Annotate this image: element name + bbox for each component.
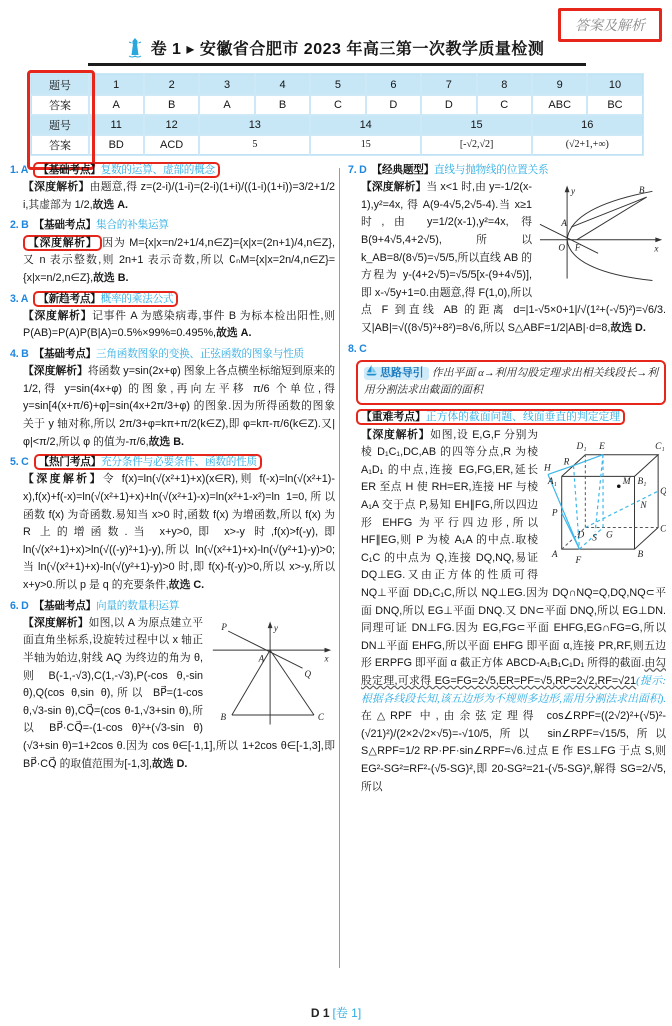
table-row: 题号 11 12 13 14 15 16 (31, 115, 643, 135)
corner-label-text: 答案及解析 (575, 19, 645, 34)
point-label: M (622, 477, 632, 487)
answer-cell: B (144, 95, 199, 115)
solution-number: 2. B (10, 219, 29, 231)
selected-answer: 故选 B. (149, 436, 184, 448)
answer-cell: (√2+1,+∞) (532, 135, 643, 156)
page-title: 卷 1 ▸ 安徽省合肥市 2023 年高三第一次教学质量检测 (0, 36, 672, 63)
point-label: B (637, 550, 643, 560)
point-label: R (563, 457, 570, 467)
axis-label: x (324, 653, 329, 663)
keypoint-tag: 【经典题型】 (372, 164, 434, 176)
point-label: Q (660, 487, 666, 497)
selected-answer: 故选 A. (93, 199, 128, 211)
point-label: O (558, 243, 565, 253)
figure-q7-parabola: y x B A O F (538, 181, 666, 292)
answer-cell: A (89, 95, 144, 115)
answer-cell: 5 (199, 135, 310, 156)
point-label: A (258, 653, 265, 663)
solution-1: 1. A【基础考点】复数的运算、虚部的概念 【深度解析】由题意,得 z=(2-i… (10, 162, 335, 214)
point-label: P (220, 622, 227, 632)
answer-cell: [-√2,√2] (421, 135, 532, 156)
point-label: E (598, 441, 605, 451)
answer-cell: A (199, 95, 254, 115)
qnum-cell: 4 (255, 74, 310, 95)
qnum-cell: 12 (144, 115, 199, 135)
analysis-label: 【深度解析】 (23, 181, 90, 193)
title-underline (88, 63, 586, 66)
solution-number: 3. A (10, 293, 28, 305)
answer-cell: D (421, 95, 476, 115)
solution-3: 3. A【新趋考点】概率的乘法公式 【深度解析】记事件 A 为感染病毒,事件 B… (10, 291, 335, 343)
qnum-cell: 6 (366, 74, 421, 95)
point-label: H (544, 463, 552, 473)
analysis-text: 令 f(x)=ln(√(x²+1)+x)(x∈R),则 f(-x)=ln(√(x… (23, 473, 335, 591)
solution-7: 7. D【经典题型】直线与抛物线的位置关系 y x B A O (348, 162, 666, 338)
qnum-cell: 16 (532, 115, 643, 135)
analysis-label: 【深度解析】 (23, 365, 88, 377)
point-label: B (220, 712, 226, 722)
point-label: C (660, 524, 666, 534)
analysis-label: 【深度解析】 (23, 310, 92, 322)
keypoint-tag: 【基础考点】 (34, 219, 96, 231)
keypoint-tag: 【基础考点】 (34, 600, 96, 612)
page-title-text: 卷 1 ▸ 安徽省合肥市 2023 年高三第一次教学质量检测 (151, 41, 545, 58)
axis-label: x (653, 244, 659, 254)
point-label: B (639, 186, 645, 196)
guide-badge: 思路导引 (364, 367, 429, 380)
figure-q8-cube: D₁ E C₁ R H A₁ M B₁ Q P N D S G (544, 429, 666, 576)
keypoint-tag: 【基础考点】 (38, 164, 100, 176)
qnum-cell: 7 (421, 74, 476, 95)
analysis-label: 【深度解析】 (23, 473, 103, 485)
guide-label: 思路导引 (380, 367, 424, 379)
point-label: N (639, 501, 647, 511)
point-label: D (576, 530, 584, 540)
qnum-cell: 14 (310, 115, 421, 135)
solution-2: 2. B【基础考点】集合的补集运算 【深度解析】因为 M={x|x=n/2+1/… (10, 217, 335, 287)
answer-cell: C (310, 95, 365, 115)
answer-cell: ACD (144, 135, 199, 156)
point-label: C (318, 712, 325, 722)
keypoint-topic: 正方体的截面问题、线面垂直的判定定理 (426, 411, 620, 423)
answer-cell: C (477, 95, 532, 115)
keypoint-tag: 【重难考点】 (361, 411, 426, 423)
analysis-text: 在△RPF 中,由余弦定理得 cos∠RPF=((2√2)²+(√5)²-(√2… (361, 710, 666, 792)
selected-answer: 故选 A. (216, 327, 251, 339)
table-row: 题号 1 2 3 4 5 6 7 8 9 10 (31, 74, 643, 95)
row-header: 题号 (31, 115, 89, 135)
qnum-cell: 9 (532, 74, 587, 95)
answer-cell: BD (89, 135, 144, 156)
keypoint-redbox: 【重难考点】正方体的截面问题、线面垂直的判定定理 (356, 409, 625, 425)
point-label: S (592, 533, 597, 543)
keypoint-tag: 【热门考点】 (39, 456, 101, 468)
guide-box: 思路导引 作出平面 α→利用勾股定理求出相关线段长→利用分割法求出截面的面积 (356, 360, 666, 405)
table-row: 答案 BD ACD 5 15 [-√2,√2] (√2+1,+∞) (31, 135, 643, 156)
point-label: Q (304, 669, 311, 679)
point-label: F (574, 556, 581, 566)
keypoint-topic: 集合的补集运算 (96, 219, 169, 231)
point-label: D₁ (575, 441, 586, 451)
answer-cell: B (255, 95, 310, 115)
solution-number: 1. A (10, 164, 28, 176)
solution-number: 4. B (10, 348, 29, 360)
point-label: F (574, 243, 581, 253)
keypoint-topic: 三角函数图象的变换、正弦函数的图象与性质 (96, 348, 304, 360)
keypoint-topic: 向量的数量积运算 (96, 600, 179, 612)
solution-5: 5. C【热门考点】充分条件与必要条件、函数的性质 【深度解析】令 f(x)=l… (10, 454, 335, 594)
selected-answer: 故选 C. (169, 579, 204, 591)
selected-answer: 故选 D. (610, 322, 645, 334)
sailboat-icon (366, 367, 377, 379)
solution-number: 5. C (10, 456, 29, 468)
solution-number: 6. D (10, 600, 29, 612)
axis-label: y (273, 623, 279, 633)
keypoint-topic: 充分条件与必要条件、函数的性质 (101, 456, 257, 468)
answer-page: 答案及解析 卷 1 ▸ 安徽省合肥市 2023 年高三第一次教学质量检测 题号 … (0, 0, 672, 1026)
solution-number: 7. D (348, 164, 367, 176)
footer-page-number: D 1 (311, 1006, 330, 1020)
keypoint-tag: 【基础考点】 (34, 348, 96, 360)
qnum-cell: 11 (89, 115, 144, 135)
row-header: 答案 (31, 135, 89, 156)
qnum-cell: 2 (144, 74, 199, 95)
qnum-cell: 10 (587, 74, 643, 95)
point-label: A₁ (547, 477, 557, 487)
point-label: A (560, 218, 567, 228)
axis-label: y (570, 186, 576, 196)
keypoint-redbox: 【基础考点】复数的运算、虚部的概念 (33, 162, 220, 178)
point-label: P (551, 508, 558, 518)
point-label: B₁ (637, 477, 646, 487)
lighthouse-icon (128, 38, 142, 63)
left-column: 1. A【基础考点】复数的运算、虚部的概念 【深度解析】由题意,得 z=(2-i… (10, 162, 335, 998)
point-label: A (551, 550, 558, 560)
selected-answer: 故选 B. (93, 272, 128, 284)
answer-cell: BC (587, 95, 643, 115)
footer-volume: [卷 1] (333, 1006, 362, 1020)
solution-4: 4. B【基础考点】三角函数图象的变换、正弦函数的图象与性质 【深度解析】将函数… (10, 346, 335, 451)
analysis-label: 【深度解析】 (361, 181, 426, 193)
keypoint-redbox: 【新趋考点】概率的乘法公式 (33, 291, 178, 307)
keypoint-redbox: 【热门考点】充分条件与必要条件、函数的性质 (34, 454, 262, 470)
qnum-cell: 15 (421, 115, 532, 135)
keypoint-topic: 概率的乘法公式 (101, 293, 174, 305)
keypoint-topic: 直线与抛物线的位置关系 (434, 164, 548, 176)
solution-6: 6. D【基础考点】向量的数量积运算 y x P Q A (10, 598, 335, 774)
solution-8: 8. C 思路导引 作出平面 α→利用勾股定理求出相关线段长→利用分割法求出截面… (348, 341, 666, 797)
qnum-cell: 8 (477, 74, 532, 95)
qnum-cell: 13 (199, 115, 310, 135)
answer-cell: D (366, 95, 421, 115)
row-header: 答案 (31, 95, 89, 115)
qnum-cell: 1 (89, 74, 144, 95)
qnum-cell: 3 (199, 74, 254, 95)
figure-q6-axes-triangle: y x P Q A B C (209, 617, 335, 736)
table-row: 答案 A B A B C D D C ABC BC (31, 95, 643, 115)
selected-answer: 故选 D. (152, 758, 187, 770)
answer-cell: ABC (532, 95, 587, 115)
qnum-cell: 5 (310, 74, 365, 95)
point-label: G (606, 530, 613, 540)
analysis-label: 【深度解析】 (23, 617, 89, 629)
row-header: 题号 (31, 74, 89, 95)
analysis-label: 【深度解析】 (361, 429, 430, 441)
answer-table: 题号 1 2 3 4 5 6 7 8 9 10 答案 A B A B C D D (30, 73, 644, 156)
analysis-label-redbox: 【深度解析】 (23, 235, 102, 251)
answer-cell: 15 (310, 135, 421, 156)
column-divider (339, 168, 340, 968)
page-footer: D 1[卷 1] (0, 1004, 672, 1021)
point-label: C₁ (655, 441, 664, 451)
solution-number: 8. C (348, 343, 367, 355)
keypoint-tag: 【新趋考点】 (38, 293, 100, 305)
right-column: 7. D【经典题型】直线与抛物线的位置关系 y x B A O (348, 162, 666, 998)
keypoint-topic: 复数的运算、虚部的概念 (101, 164, 215, 176)
